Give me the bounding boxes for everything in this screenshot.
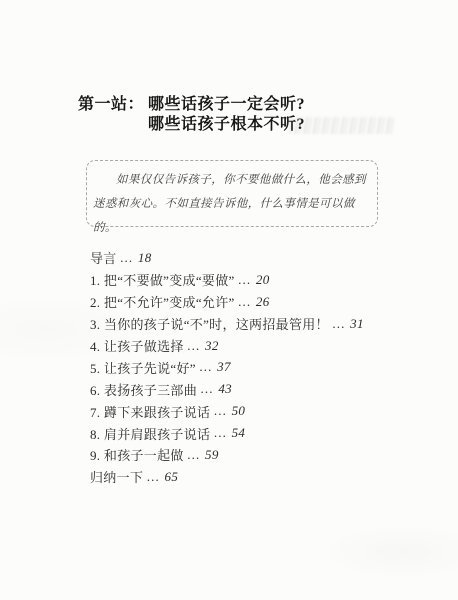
toc-item-label: 6. 表扬孩子三部曲 [90,380,197,399]
quote-box: 如果仅仅告诉孩子，你不要他做什么，他会感到迷惑和灰心。不如直接告诉他，什么事情是… [86,160,378,227]
toc-item-page-number: 26 [256,294,270,310]
toc-item-dots: … [238,272,251,288]
chapter-title-prefix: 第一站： [78,95,144,115]
toc-item: 7. 蹲下来跟孩子说话…50 [90,400,420,422]
chapter-title: 第一站： 哪些话孩子一定会听? 哪些话孩子根本不听? [78,95,305,135]
toc-item-page-number: 59 [205,447,219,463]
toc-item-page-number: 31 [350,316,364,332]
toc-item-dots: … [187,447,200,463]
toc-item: 8. 肩并肩跟孩子说话…54 [90,422,420,444]
toc-item-label: 3. 当你的孩子说“不”时，这两招最管用！ [90,314,329,333]
chapter-title-line2: 哪些话孩子根本不听? [148,115,305,135]
toc-item-label: 1. 把“不要做”变成“要做” [90,270,235,289]
toc-item: 9. 和孩子一起做…59 [90,444,420,466]
toc-item-dots: … [120,250,133,266]
toc-item-label: 导言 [90,248,117,267]
toc-item-page-number: 54 [232,425,246,441]
toc-item-page-number: 37 [217,359,231,375]
toc-item-dots: … [332,316,345,332]
toc-item: 3. 当你的孩子说“不”时，这两招最管用！…31 [90,313,420,335]
toc-item-page-number: 50 [232,403,246,419]
toc-item: 归纳一下…65 [90,466,420,488]
toc-item-dots: … [199,359,212,375]
toc-item-dots: … [146,469,159,485]
toc-item: 4. 让孩子做选择…32 [90,335,420,357]
toc-item: 5. 让孩子先说“好”…37 [90,356,420,378]
chapter-title-lines: 哪些话孩子一定会听? 哪些话孩子根本不听? [148,95,305,135]
toc-item-dots: … [213,425,226,441]
book-page: 第一站： 哪些话孩子一定会听? 哪些话孩子根本不听? 如果仅仅告诉孩子，你不要他… [0,0,458,600]
toc-item: 6. 表扬孩子三部曲…43 [90,378,420,400]
toc-item: 2. 把“不允许”变成“允许”…26 [90,291,420,313]
toc-item-page-number: 18 [138,250,152,266]
watermark [288,117,394,134]
toc-item-dots: … [213,403,226,419]
quote-text: 如果仅仅告诉孩子，你不要他做什么，他会感到迷惑和灰心。不如直接告诉他，什么事情是… [93,168,371,240]
toc-item-page-number: 32 [205,338,219,354]
toc-item-label: 2. 把“不允许”变成“允许” [90,292,235,311]
toc-item-label: 4. 让孩子做选择 [90,336,184,355]
toc-item-page-number: 43 [218,381,232,397]
toc-item-page-number: 20 [256,272,270,288]
toc-item-label: 7. 蹲下来跟孩子说话 [90,402,210,421]
chapter-title-line1: 哪些话孩子一定会听? [148,95,305,115]
toc-item-dots: … [238,294,251,310]
toc-item-page-number: 65 [165,469,179,485]
toc-item-label: 8. 肩并肩跟孩子说话 [90,424,210,443]
toc-item-dots: … [187,338,200,354]
toc-list: 导言…181. 把“不要做”变成“要做”…202. 把“不允许”变成“允许”…2… [90,247,420,488]
toc-item-label: 归纳一下 [90,467,143,486]
toc-item: 1. 把“不要做”变成“要做”…20 [90,269,420,291]
toc-item-label: 9. 和孩子一起做 [90,445,184,464]
toc-item: 导言…18 [90,247,420,269]
toc-item-label: 5. 让孩子先说“好” [90,358,196,377]
toc-item-dots: … [200,381,213,397]
